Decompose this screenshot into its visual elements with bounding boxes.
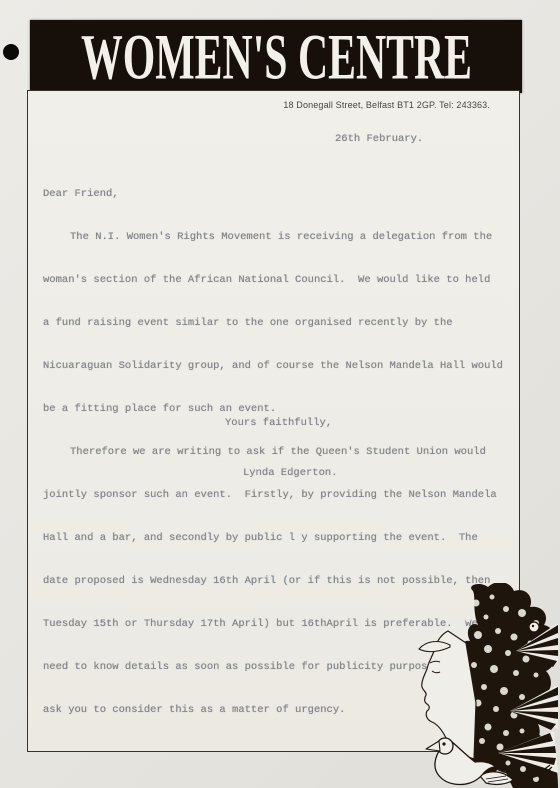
scanned-letter-page: WOMEN'S CENTRE 18 Donegall Street, Belfa…	[0, 0, 560, 788]
hole-punch-dot	[3, 44, 19, 60]
letter-line: Hall and a bar, and secondly by public l…	[43, 529, 518, 548]
letterhead-title: WOMEN'S CENTRE	[81, 24, 472, 89]
letterhead-address: 18 Donegall Street, Belfast BT1 2GP. Tel…	[283, 100, 490, 110]
letter-closing: Yours faithfully,	[225, 417, 332, 429]
letterhead-banner: WOMEN'S CENTRE	[30, 20, 522, 93]
letter-line: Nicuaraguan Solidarity group, and of cou…	[43, 357, 518, 376]
letter-line: The N.I. Women's Rights Movement is rece…	[43, 228, 518, 247]
letter-line: a fund raising event similar to the one …	[43, 314, 518, 333]
salutation: Dear Friend,	[43, 185, 518, 204]
bird-head	[529, 622, 539, 632]
dove-woman-illustration	[418, 583, 558, 788]
letter-date: 26th February.	[335, 133, 423, 145]
letter-line: jointly sponsor such an event. Firstly, …	[43, 486, 518, 505]
letter-signature: Lynda Edgerton.	[243, 467, 338, 479]
letter-line: woman's section of the African National …	[43, 271, 518, 290]
letter-line: Therefore we are writing to ask if the Q…	[43, 443, 518, 462]
